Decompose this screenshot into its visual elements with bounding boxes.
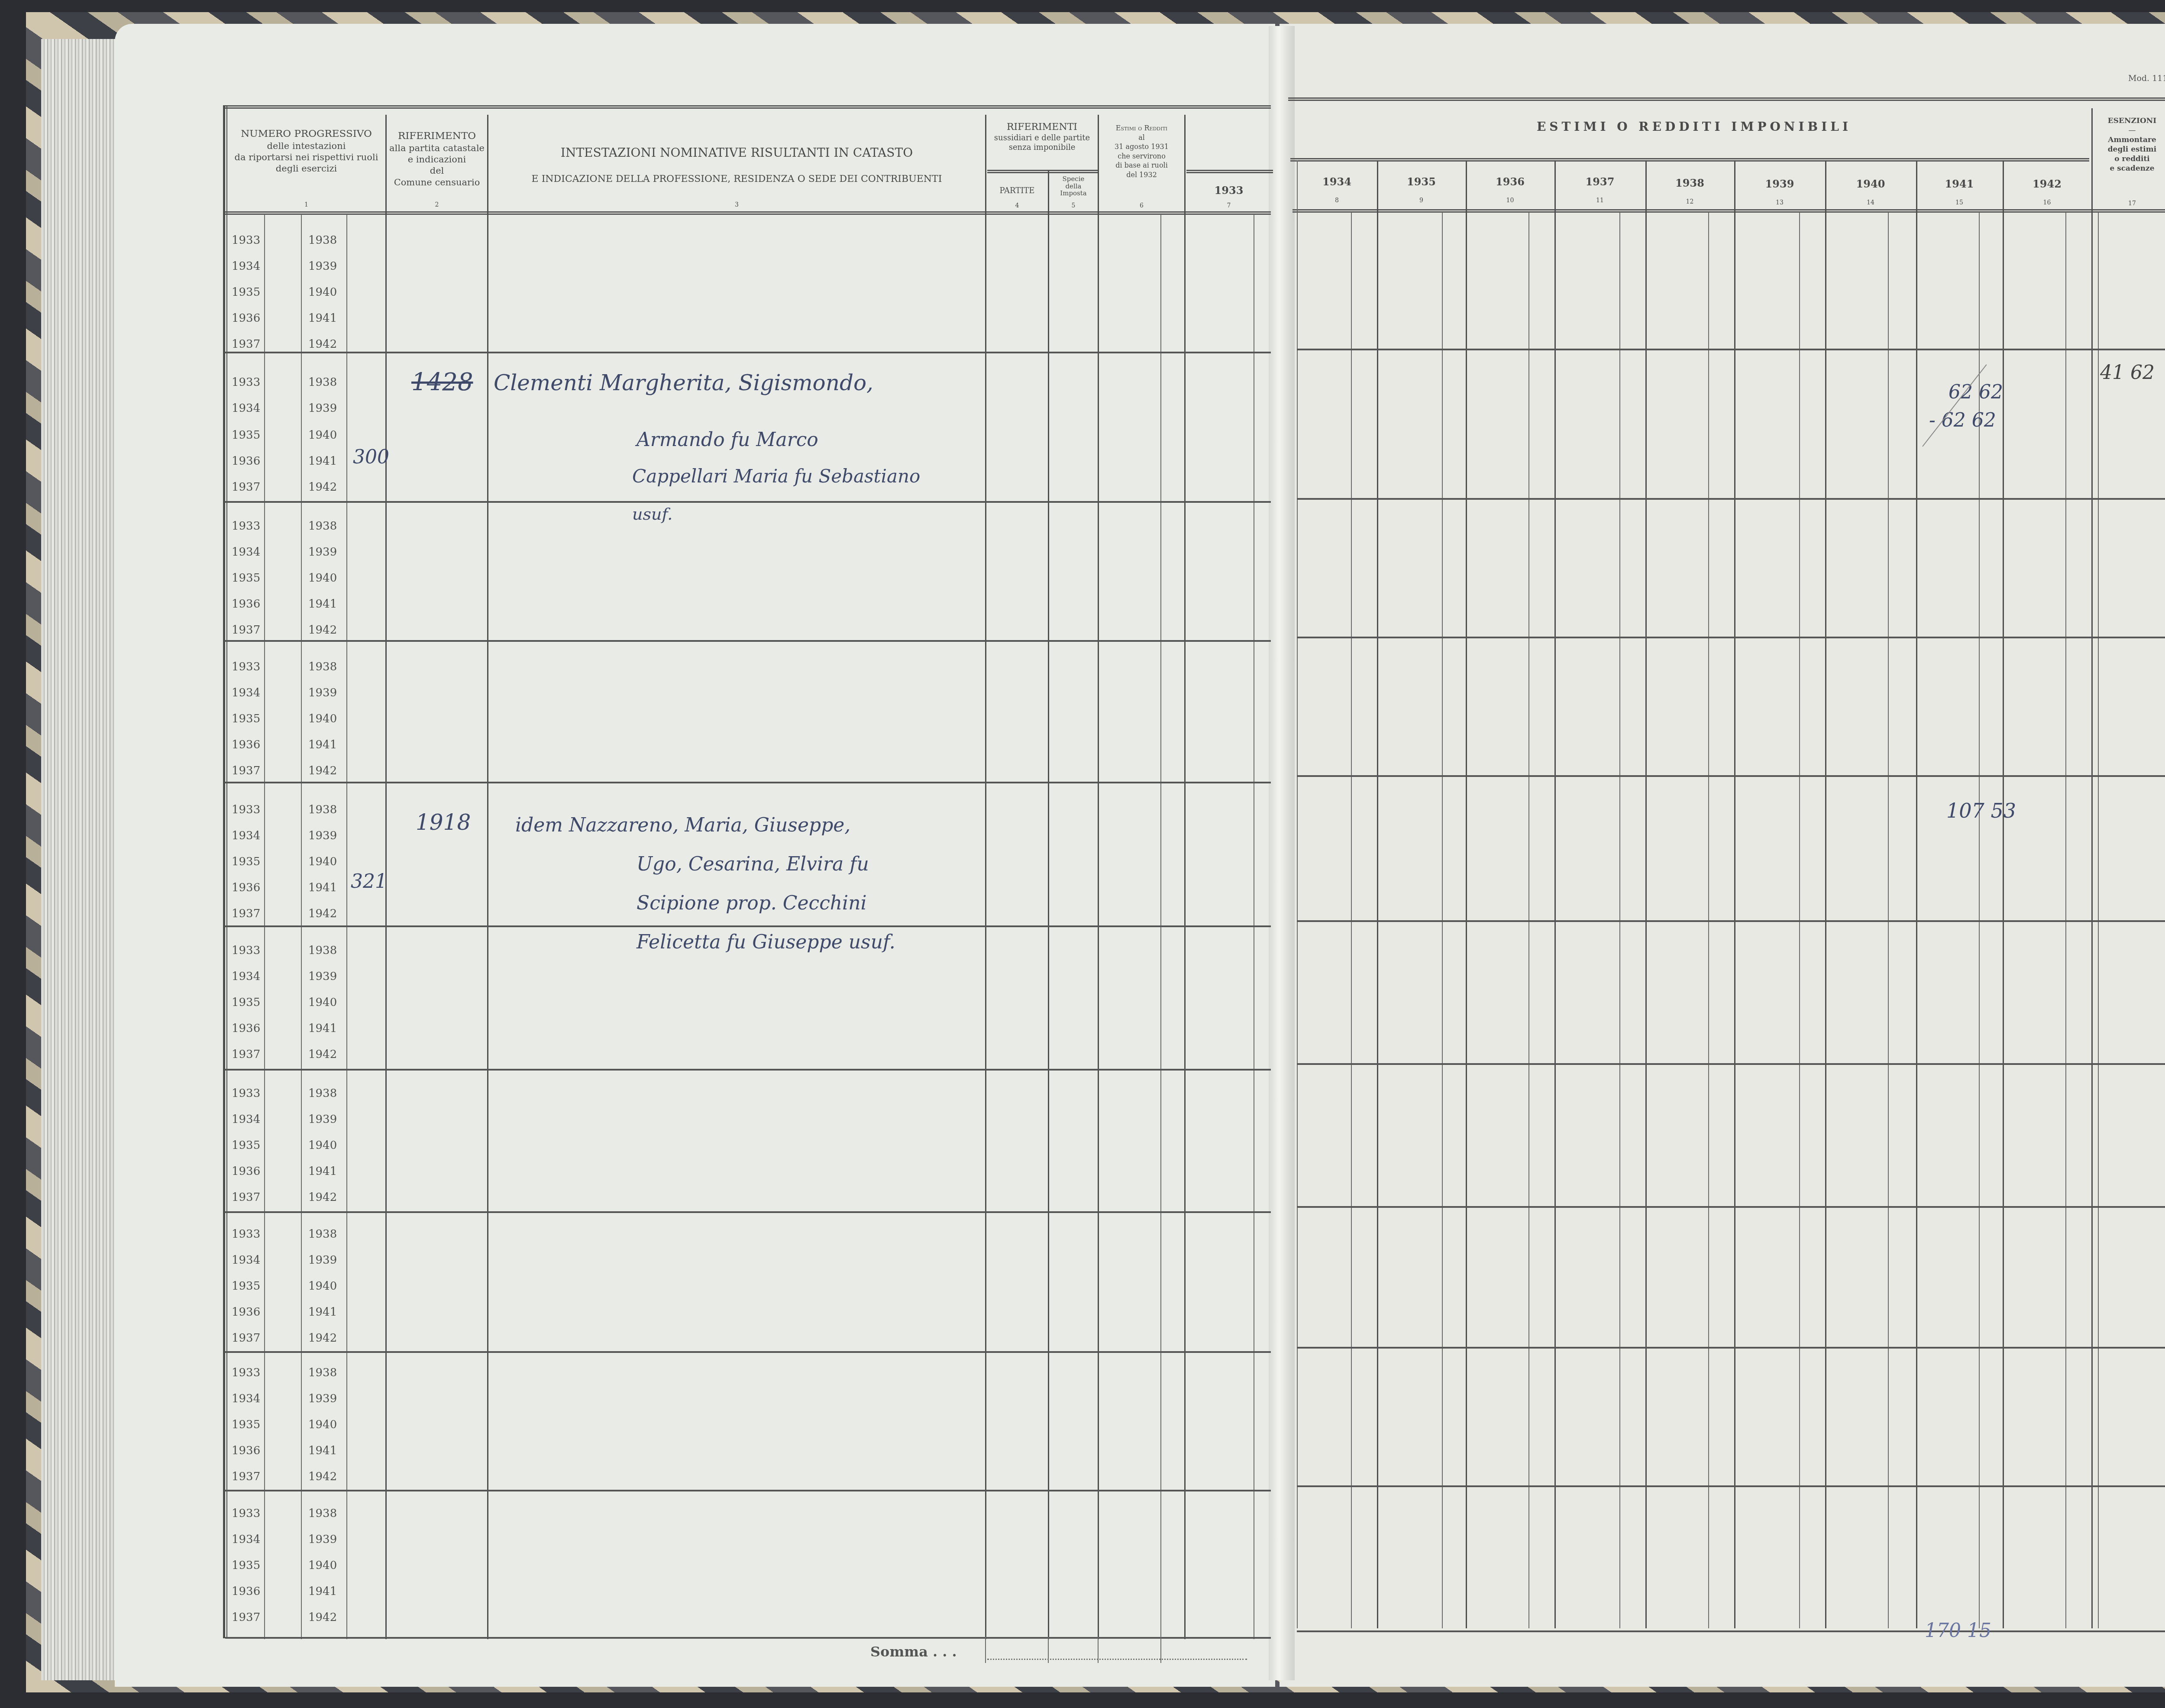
header-year-1935: 1935 — [1377, 175, 1466, 188]
year-label: 1934 — [232, 1533, 260, 1546]
year-label: 1937 — [232, 1611, 260, 1624]
year-label: 1942 — [308, 481, 337, 494]
col-num-16: 16 — [2003, 199, 2091, 207]
year-label: 1942 — [308, 624, 337, 637]
year-label: 1939 — [308, 1254, 337, 1267]
col-num-17: 17 — [2093, 200, 2165, 208]
header-1933: 1933 — [1186, 184, 1272, 197]
header-intestazioni: INTESTAZIONI NOMINATIVE RISULTANTI IN CA… — [488, 145, 985, 185]
header-estimi-1931: Estimi o Redditi al 31 agosto 1931 che s… — [1099, 123, 1184, 180]
year-label: 1938 — [308, 376, 337, 389]
year-label: 1940 — [308, 429, 337, 442]
year-label: 1936 — [232, 1585, 260, 1598]
year-label: 1934 — [232, 402, 260, 415]
year-label: 1940 — [308, 1139, 337, 1152]
year-label: 1933 — [232, 944, 260, 957]
col-num-15: 15 — [1916, 199, 2003, 207]
year-label: 1933 — [232, 1507, 260, 1520]
year-label: 1938 — [308, 803, 337, 816]
header-riferimenti-sussidiari: RIFERIMENTI sussidiari e delle partite s… — [986, 121, 1098, 153]
header-year-1936: 1936 — [1466, 175, 1554, 188]
year-label: 1938 — [308, 520, 337, 533]
header-year-1934: 1934 — [1297, 175, 1377, 188]
entry1-1941-subtraction: - 62 62 — [1929, 409, 1996, 431]
col-num-14: 14 — [1825, 199, 1916, 207]
year-label: 1940 — [308, 1418, 337, 1431]
year-label: 1937 — [232, 624, 260, 637]
entry2-intestazione-line4: Felicetta fu Giuseppe usuf. — [637, 931, 895, 953]
year-label: 1934 — [232, 970, 260, 983]
header-year-1940: 1940 — [1825, 178, 1916, 191]
year-label: 1941 — [308, 598, 337, 611]
year-label: 1935 — [232, 996, 260, 1009]
header-specie-imposta: Specie della Imposta — [1049, 175, 1098, 197]
year-label: 1936 — [232, 455, 260, 468]
year-label: 1934 — [232, 260, 260, 273]
year-label: 1937 — [232, 1048, 260, 1061]
col-num-11: 11 — [1554, 197, 1645, 205]
year-label: 1940 — [308, 286, 337, 299]
year-label: 1935 — [232, 712, 260, 725]
header-esenzioni: ESENZIONI — Ammontare degli estimi o red… — [2093, 116, 2165, 174]
year-label: 1934 — [232, 546, 260, 559]
entry1-intestazione-line3: Cappellari Maria fu Sebastiano — [632, 466, 920, 487]
col-num-10: 10 — [1466, 197, 1554, 205]
header-year-1939: 1939 — [1734, 178, 1825, 191]
year-label: 1937 — [232, 1470, 260, 1483]
year-label: 1935 — [232, 286, 260, 299]
entry1-esenzioni-value: 41 62 — [2100, 362, 2155, 384]
year-label: 1942 — [308, 764, 337, 777]
year-label: 1938 — [308, 944, 337, 957]
year-label: 1942 — [308, 1048, 337, 1061]
header-estimi-redditi-imponibili: ESTIMI O REDDITI IMPONIBILI — [1297, 119, 2091, 134]
entry2-col1-note: 321 — [351, 870, 387, 893]
year-label: 1941 — [308, 1306, 337, 1319]
year-label: 1939 — [308, 1533, 337, 1546]
somma-label: Somma . . . — [870, 1643, 957, 1660]
year-label: 1934 — [232, 1113, 260, 1126]
year-label: 1935 — [232, 1559, 260, 1572]
form-id: Mod. 111 - Imposte Dirette (Intercalare)… — [2128, 74, 2165, 83]
col-num-6: 6 — [1099, 202, 1184, 210]
header-year-1941: 1941 — [1916, 178, 2003, 191]
year-label: 1936 — [232, 312, 260, 325]
year-label: 1939 — [308, 686, 337, 699]
entry2-1941-value: 107 53 — [1946, 799, 2016, 822]
header-year-1942: 1942 — [2003, 178, 2091, 191]
year-label: 1941 — [308, 1444, 337, 1457]
year-label: 1933 — [232, 1228, 260, 1241]
year-label: 1936 — [232, 1022, 260, 1035]
year-label: 1935 — [232, 572, 260, 585]
entry1-intestazione-line4: usuf. — [632, 505, 672, 524]
year-label: 1940 — [308, 996, 337, 1009]
year-label: 1941 — [308, 1022, 337, 1035]
year-label: 1934 — [232, 1392, 260, 1405]
year-label: 1942 — [308, 1470, 337, 1483]
entry1-1941-value: 62 62 — [1948, 381, 2003, 403]
header-year-1938: 1938 — [1645, 177, 1734, 190]
year-label: 1936 — [232, 1444, 260, 1457]
year-label: 1942 — [308, 1191, 337, 1204]
col-num-5: 5 — [1049, 202, 1098, 210]
year-label: 1940 — [308, 1559, 337, 1572]
year-label: 1937 — [232, 907, 260, 920]
col-num-4: 4 — [986, 202, 1048, 210]
entry1-intestazione-line2: Armando fu Marco — [637, 429, 818, 451]
col-num-2: 2 — [387, 201, 487, 209]
year-label: 1933 — [232, 1087, 260, 1100]
year-label: 1934 — [232, 686, 260, 699]
year-label: 1940 — [308, 712, 337, 725]
book-gutter — [1269, 26, 1295, 1680]
year-label: 1941 — [308, 455, 337, 468]
entry1-intestazione-line1: Clementi Margherita, Sigismondo, — [494, 370, 873, 395]
year-label: 1933 — [232, 660, 260, 673]
header-partite: PARTITE — [986, 186, 1048, 196]
header-year-1937: 1937 — [1554, 175, 1645, 188]
year-label: 1942 — [308, 1611, 337, 1624]
year-label: 1933 — [232, 1366, 260, 1379]
year-label: 1933 — [232, 376, 260, 389]
col-num-7: 7 — [1186, 202, 1272, 210]
entry2-intestazione-line1: idem Nazzareno, Maria, Giuseppe, — [515, 814, 850, 836]
somma-1941-total: 170 15 — [1925, 1620, 1991, 1642]
right-page — [1280, 24, 2165, 1687]
year-label: 1942 — [308, 1332, 337, 1345]
entry2-partita-number: 1918 — [416, 810, 471, 835]
year-label: 1939 — [308, 402, 337, 415]
col-num-1: 1 — [227, 201, 385, 209]
col-num-3: 3 — [488, 201, 985, 209]
year-label: 1935 — [232, 1280, 260, 1293]
year-label: 1933 — [232, 234, 260, 247]
col-num-9: 9 — [1377, 197, 1466, 205]
year-label: 1936 — [232, 1165, 260, 1178]
year-label: 1942 — [308, 907, 337, 920]
year-label: 1937 — [232, 1191, 260, 1204]
year-label: 1934 — [232, 829, 260, 842]
year-label: 1937 — [232, 481, 260, 494]
year-label: 1938 — [308, 234, 337, 247]
header-numero-progressivo: NUMERO PROGRESSIVO delle intestazioni da… — [227, 128, 385, 175]
year-label: 1933 — [232, 520, 260, 533]
year-label: 1940 — [308, 572, 337, 585]
year-label: 1938 — [308, 660, 337, 673]
year-label: 1939 — [308, 260, 337, 273]
year-label: 1941 — [308, 312, 337, 325]
year-label: 1937 — [232, 1332, 260, 1345]
year-label: 1939 — [308, 1392, 337, 1405]
year-label: 1938 — [308, 1087, 337, 1100]
year-label: 1941 — [308, 1165, 337, 1178]
year-label: 1938 — [308, 1366, 337, 1379]
year-label: 1942 — [308, 338, 337, 351]
year-label: 1938 — [308, 1228, 337, 1241]
left-page-edges — [41, 39, 117, 1680]
year-label: 1933 — [232, 803, 260, 816]
year-label: 1935 — [232, 855, 260, 868]
year-label: 1936 — [232, 881, 260, 894]
year-label: 1941 — [308, 1585, 337, 1598]
year-label: 1937 — [232, 764, 260, 777]
year-label: 1940 — [308, 855, 337, 868]
col-num-12: 12 — [1645, 198, 1734, 206]
year-label: 1935 — [232, 429, 260, 442]
year-label: 1937 — [232, 338, 260, 351]
col-num-13: 13 — [1734, 199, 1825, 207]
year-label: 1941 — [308, 738, 337, 751]
year-label: 1935 — [232, 1418, 260, 1431]
entry2-intestazione-line2: Ugo, Cesarina, Elvira fu — [637, 853, 869, 875]
year-label: 1936 — [232, 598, 260, 611]
entry2-intestazione-line3: Scipione prop. Cecchini — [637, 892, 867, 914]
year-label: 1936 — [232, 738, 260, 751]
entry1-partita-number: 1428 — [411, 368, 473, 396]
year-label: 1939 — [308, 546, 337, 559]
year-label: 1939 — [308, 970, 337, 983]
year-label: 1935 — [232, 1139, 260, 1152]
header-riferimento: RIFERIMENTO alla partita catastale e ind… — [387, 130, 487, 188]
year-label: 1938 — [308, 1507, 337, 1520]
year-label: 1939 — [308, 829, 337, 842]
year-label: 1941 — [308, 881, 337, 894]
year-label: 1934 — [232, 1254, 260, 1267]
year-label: 1939 — [308, 1113, 337, 1126]
col-num-8: 8 — [1297, 197, 1377, 205]
year-label: 1936 — [232, 1306, 260, 1319]
entry1-col1-note: 300 — [353, 446, 389, 468]
year-label: 1940 — [308, 1280, 337, 1293]
